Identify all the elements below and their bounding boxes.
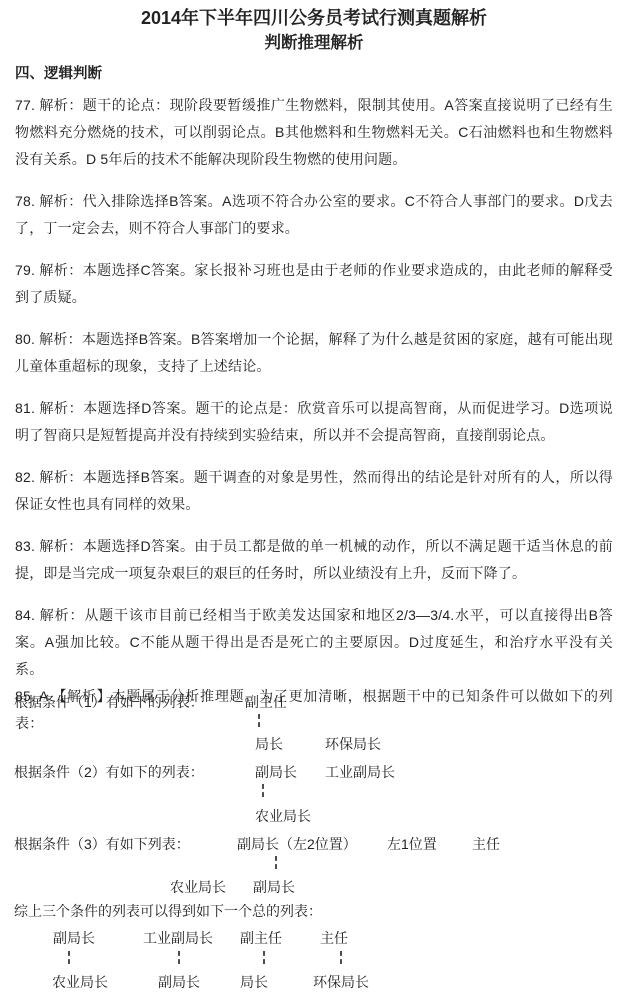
condition2-top-right-item: 工业副局长 [325,763,395,781]
section-heading: 四、逻辑判断 [15,64,613,84]
page-subtitle: 判断推理解析 [0,32,628,54]
dashed-connector [258,714,260,727]
document-page: 2014年下半年四川公务员考试行测真题解析 判断推理解析 四、逻辑判断 77. … [0,0,628,1000]
condition1-bottom-right-item: 环保局长 [325,735,381,753]
dashed-connector [275,856,277,869]
dashed-connector [263,951,265,964]
analysis-paragraph-80: 80. 解析：本题选择B答案。B答案增加一个论据，解释了为什么越是贫困的家庭，越… [15,326,613,380]
final-table-top-cell: 主任 [320,929,348,947]
final-table-top-cell: 副主任 [240,929,282,947]
analysis-paragraph-77: 77. 解析：题干的论点：现阶段要暂缓推广生物燃料，限制其使用。A答案直接说明了… [15,92,613,173]
analysis-paragraph-83: 83. 解析：本题选择D答案。由于员工都是做的单一机械的动作，所以不满足题干适当… [15,533,613,587]
condition2-bottom-item: 农业局长 [255,807,311,825]
final-table-bottom-cell: 副局长 [158,973,200,991]
analysis-paragraph-79: 79. 解析：本题选择C答案。家长报补习班也是由于老师的作业要求造成的，由此老师… [15,257,613,311]
analysis-paragraph-82: 82. 解析：本题选择B答案。题干调查的对象是男性，然而得出的结论是针对所有的人… [15,464,613,518]
condition1-label: 根据条件（1）有如下的列表： [14,693,204,711]
condition1-bottom-left-item: 局长 [255,735,283,753]
dashed-connector [68,951,70,964]
condition3-top-mid-item: 左1位置 [387,835,437,853]
condition2-top-left-item: 副局长 [255,763,297,781]
condition1-top-item: 副主任 [245,693,287,711]
analysis-paragraphs: 77. 解析：题干的论点：现阶段要暂缓推广生物燃料，限制其使用。A答案直接说明了… [15,92,613,737]
final-table-bottom-cell: 环保局长 [313,973,369,991]
condition3-top-right-item: 主任 [472,835,500,853]
dashed-connector [340,951,342,964]
q85-diagram: 根据条件（1）有如下的列表： 副主任 局长 环保局长 根据条件（2）有如下的列表… [0,690,628,1000]
final-table-bottom-cell: 农业局长 [52,973,108,991]
analysis-paragraph-81: 81. 解析：本题选择D答案。题干的论点是：欣赏音乐可以提高智商，从而促进学习。… [15,395,613,449]
condition3-label: 根据条件（3）有如下列表： [14,835,190,853]
analysis-paragraph-78: 78. 解析：代入排除选择B答案。A选项不符合办公室的要求。C不符合人事部门的要… [15,188,613,242]
dashed-connector [262,784,264,797]
condition2-label: 根据条件（2）有如下的列表： [14,763,204,781]
analysis-paragraph-84: 84. 解析：从题干该市目前已经相当于欧美发达国家和地区2/3—3/4.水平，可… [15,602,613,683]
condition3-bottom-left-item: 农业局长 [170,878,226,896]
condition3-top-left-item: 副局长（左2位置） [237,835,357,853]
summary-intro-line: 综上三个条件的列表可以得到如下一个总的列表： [14,902,322,920]
final-table-bottom-cell: 局长 [240,973,268,991]
page-title: 2014年下半年四川公务员考试行测真题解析 [0,0,628,30]
dashed-connector [178,951,180,964]
final-table-top-cell: 副局长 [53,929,95,947]
condition3-bottom-right-item: 副局长 [253,878,295,896]
final-table-top-cell: 工业副局长 [143,929,213,947]
